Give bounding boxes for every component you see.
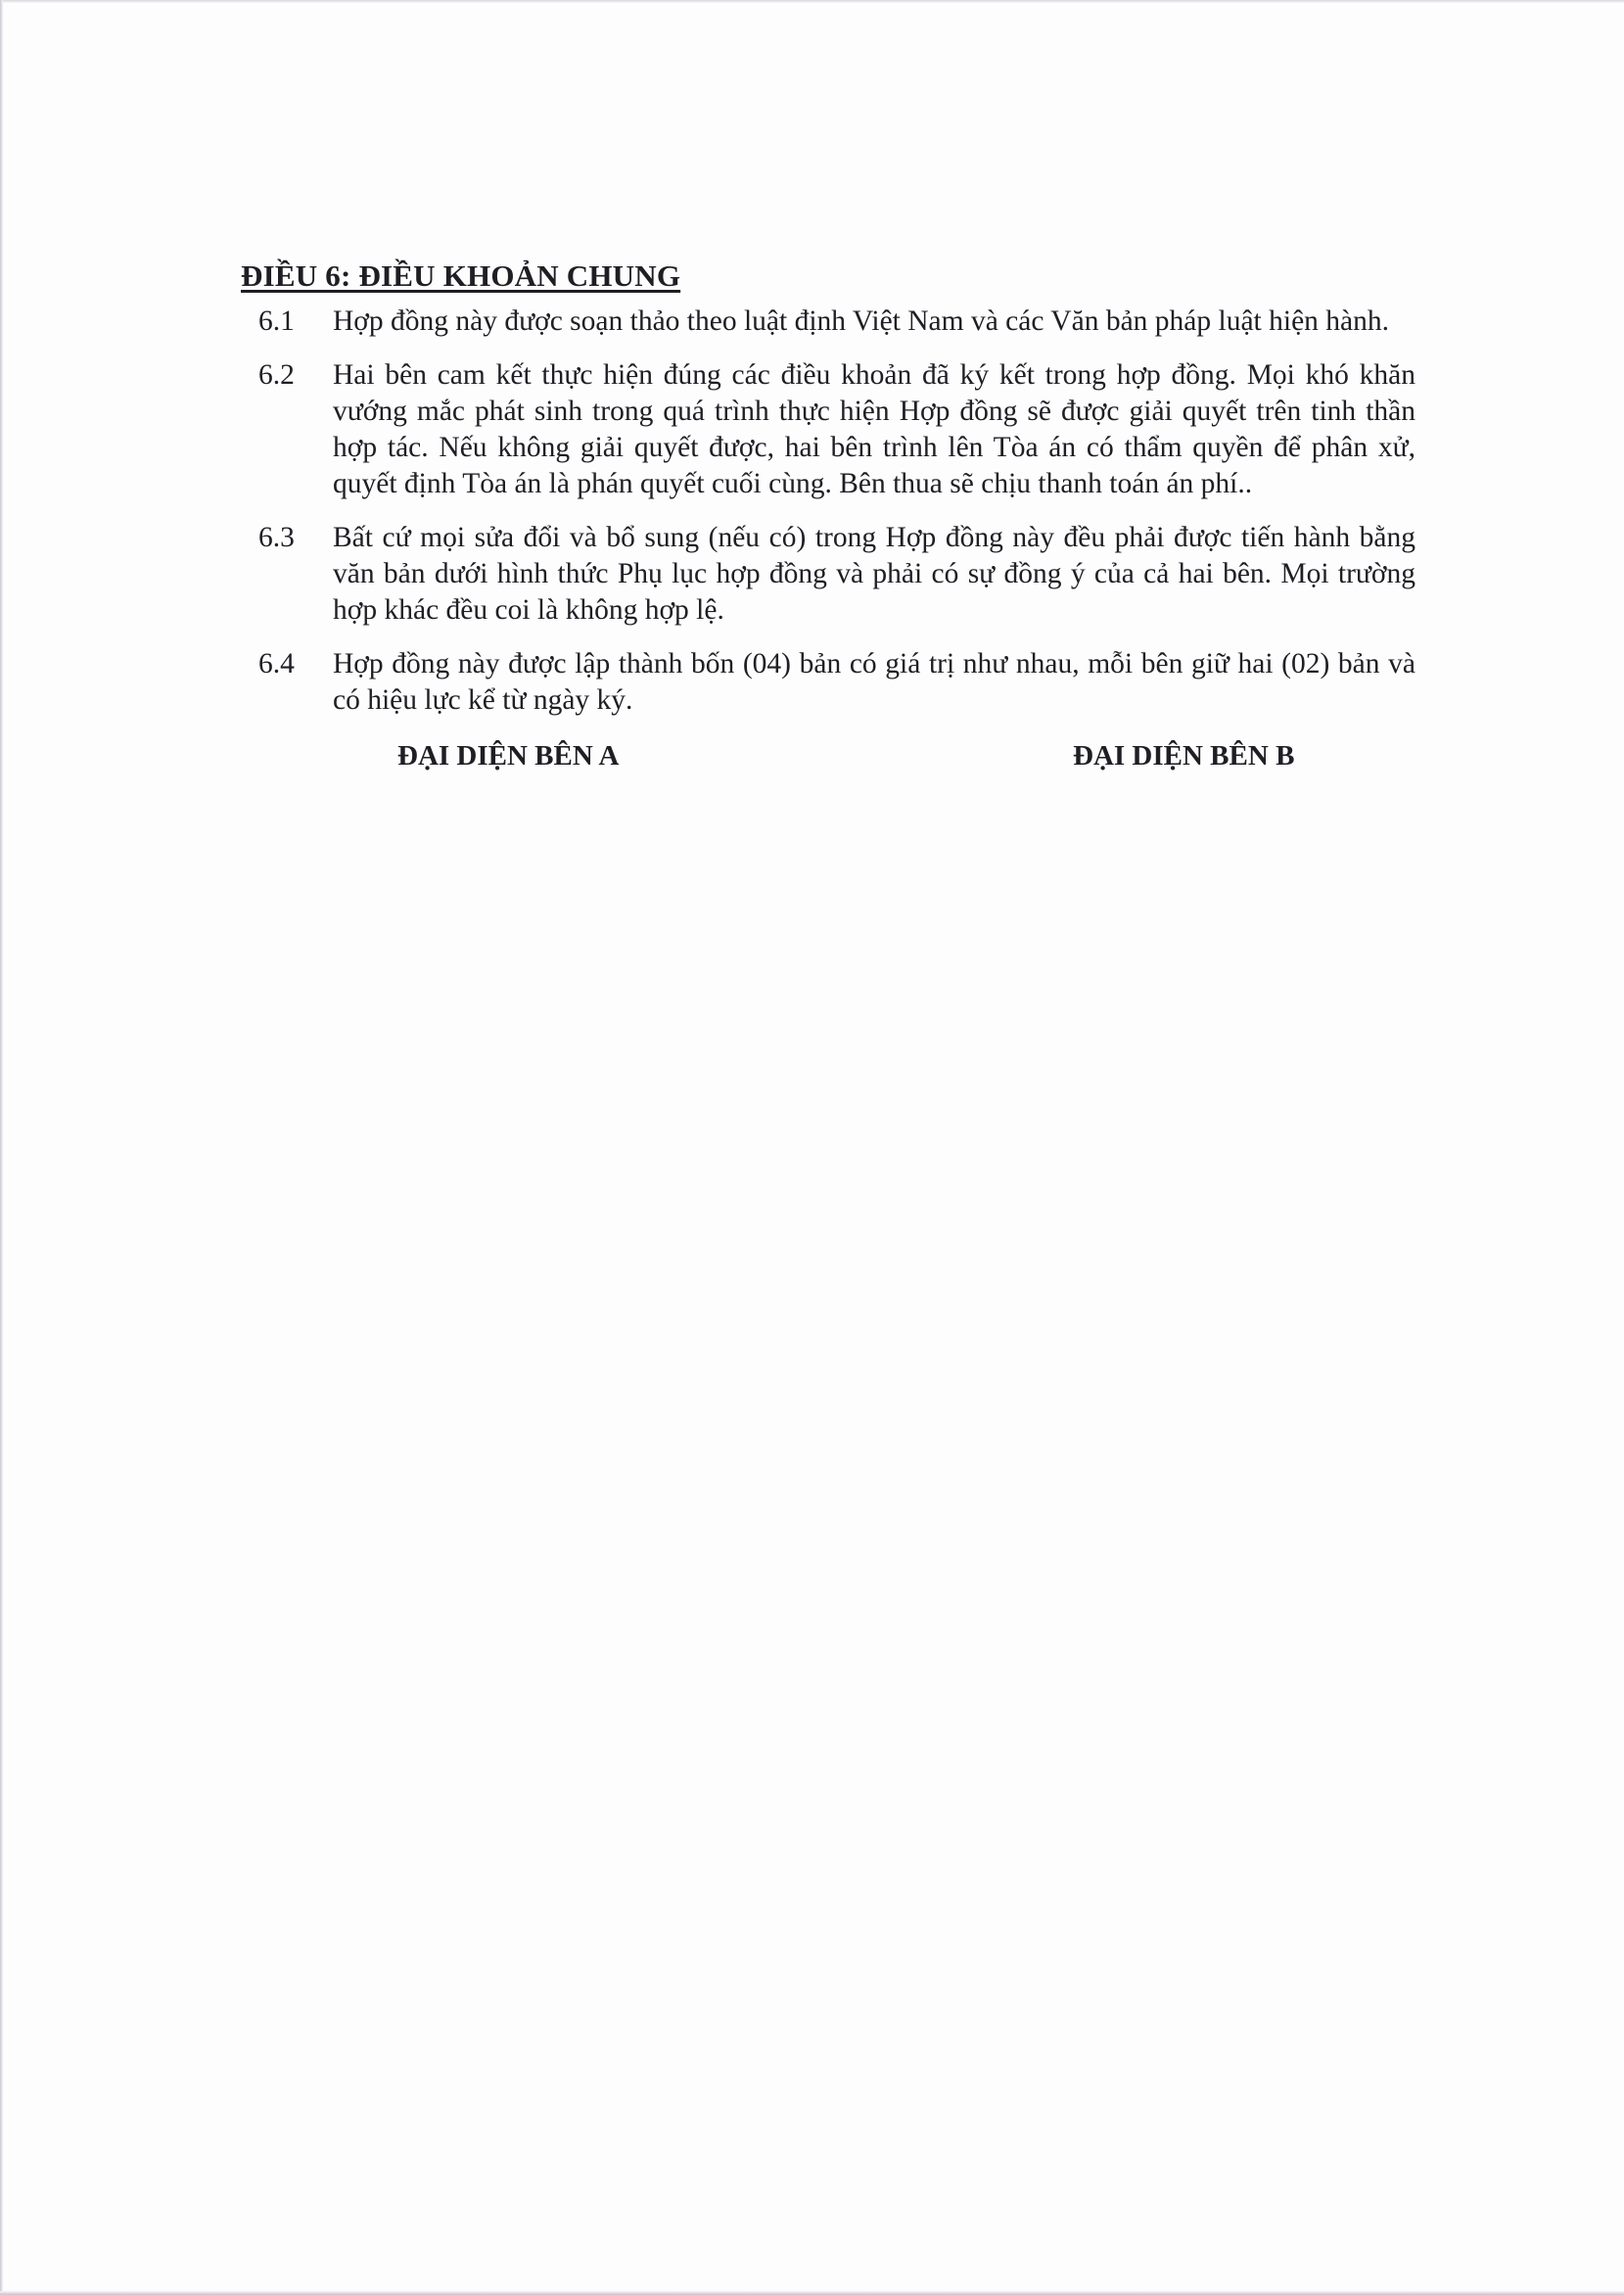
- scan-edge-bottom: [0, 2291, 1624, 2295]
- clause-6-4: 6.4 Hợp đồng này được lập thành bốn (04)…: [241, 646, 1415, 719]
- document-page: ĐIỀU 6: ĐIỀU KHOẢN CHUNG 6.1 Hợp đồng nà…: [241, 257, 1415, 775]
- scan-edge-left: [0, 0, 3, 2295]
- clause-number: 6.4: [241, 646, 333, 719]
- clause-6-1: 6.1 Hợp đồng này được soạn thảo theo luậ…: [241, 304, 1415, 340]
- clause-number: 6.3: [241, 520, 333, 629]
- clause-text: Hai bên cam kết thực hiện đúng các điều …: [333, 357, 1415, 502]
- clause-text: Hợp đồng này được soạn thảo theo luật đị…: [333, 304, 1415, 340]
- clause-number: 6.2: [241, 357, 333, 502]
- signature-label-party-b: ĐẠI DIỆN BÊN B: [1073, 736, 1294, 775]
- signature-label-party-a: ĐẠI DIỆN BÊN A: [397, 736, 1073, 775]
- clause-text: Bất cứ mọi sửa đổi và bổ sung (nếu có) t…: [333, 520, 1415, 629]
- section-heading: ĐIỀU 6: ĐIỀU KHOẢN CHUNG: [241, 257, 1415, 296]
- signature-row: ĐẠI DIỆN BÊN A ĐẠI DIỆN BÊN B: [241, 736, 1415, 775]
- scan-edge-top: [0, 0, 1624, 3]
- clause-number: 6.1: [241, 304, 333, 340]
- clause-6-2: 6.2 Hai bên cam kết thực hiện đúng các đ…: [241, 357, 1415, 502]
- clause-6-3: 6.3 Bất cứ mọi sửa đổi và bổ sung (nếu c…: [241, 520, 1415, 629]
- clause-text: Hợp đồng này được lập thành bốn (04) bản…: [333, 646, 1415, 719]
